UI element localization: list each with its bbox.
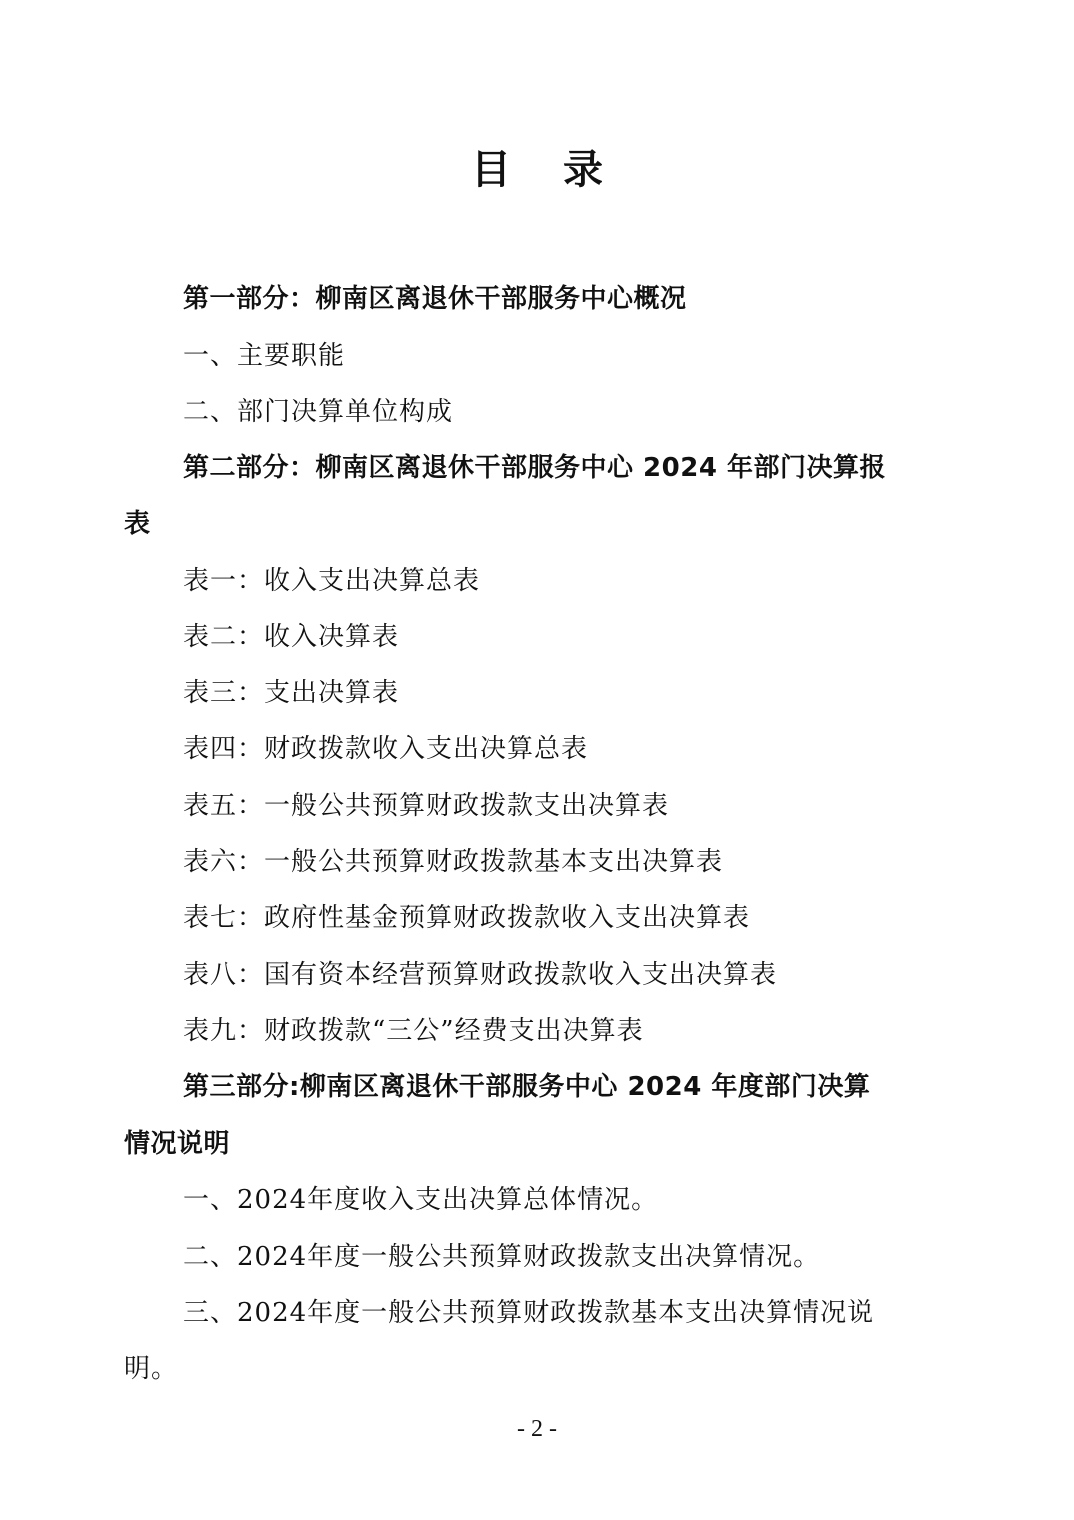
page-number: - 2 - bbox=[0, 1414, 1074, 1444]
toc-item: 表七：政府性基金预算财政拨款收入支出决算表 bbox=[183, 901, 750, 935]
toc-item: 三、2024年度一般公共预算财政拨款基本支出决算情况说 bbox=[183, 1296, 874, 1330]
part2-heading: 第二部分：柳南区离退休干部服务中心 2024 年部门决算报 bbox=[183, 451, 886, 485]
part3-heading-continued: 情况说明 bbox=[124, 1127, 230, 1161]
part1-heading: 第一部分：柳南区离退休干部服务中心概况 bbox=[183, 282, 687, 316]
toc-item: 一、主要职能 bbox=[183, 339, 345, 373]
toc-item: 二、2024年度一般公共预算财政拨款支出决算情况。 bbox=[183, 1240, 820, 1274]
toc-item: 一、2024年度收入支出决算总体情况。 bbox=[183, 1183, 658, 1217]
toc-item-continued: 明。 bbox=[124, 1352, 178, 1386]
toc-item: 表八：国有资本经营预算财政拨款收入支出决算表 bbox=[183, 958, 777, 992]
part3-heading: 第三部分:柳南区离退休干部服务中心 2024 年度部门决算 bbox=[183, 1070, 870, 1104]
part2-heading-continued: 表 bbox=[124, 507, 151, 541]
toc-item: 表九：财政拨款“三公”经费支出决算表 bbox=[183, 1014, 644, 1048]
toc-item: 二、部门决算单位构成 bbox=[183, 395, 453, 429]
toc-item: 表六：一般公共预算财政拨款基本支出决算表 bbox=[183, 845, 723, 879]
toc-item: 表五：一般公共预算财政拨款支出决算表 bbox=[183, 789, 669, 823]
toc-item: 表二：收入决算表 bbox=[183, 620, 399, 654]
toc-item: 表四：财政拨款收入支出决算总表 bbox=[183, 732, 588, 766]
toc-item: 表三：支出决算表 bbox=[183, 676, 399, 710]
page-title: 目录 bbox=[0, 142, 1074, 198]
document-page: 目录 第一部分：柳南区离退休干部服务中心概况 一、主要职能 二、部门决算单位构成… bbox=[0, 0, 1074, 1520]
toc-item: 表一：收入支出决算总表 bbox=[183, 564, 480, 598]
